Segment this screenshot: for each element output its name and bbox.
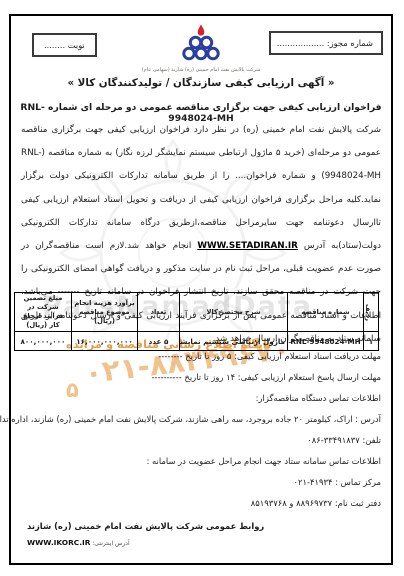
setad-contact-heading: اطلاعات تماس سامانه ستاد جهت انجام مراحل… [21,455,381,468]
deadline-send-response: مهلت ارسال پاسخ استعلام ارزیابی کیفی: ۱۴… [21,371,381,384]
header-tender-number: شماره مناقصه [288,293,364,332]
deadline-and-contact-section: مهلت دریافت اسناد استعلام ارزیابی کیفی: … [21,350,381,518]
contact-phone: تلفن: ۰۸۶-۳۳۴۹۱۸۳۷ [21,434,381,447]
document-border-frame: شماره مجوز: .................. نوبت ....… [9,14,393,565]
public-relations-signature: روابط عمومی شرکت پالایش نفت امام خمینی (… [27,521,264,531]
phone-label: تلفن: [362,435,381,445]
website-line: آدرس اینترنتی: WWW.IKORC.IR [27,538,130,547]
contact-address: آدرس : اراک، کیلومتر ۲۰ جاده بروجرد، سه … [21,413,381,426]
cell-quantity: ۵ عدد [138,332,180,351]
header-goods-description: شرح مختصر کالا [180,293,288,332]
header-cost-estimate: برآورد هزینه انجام موضوع مناقصه (ریال) [72,293,138,332]
cell-tender-number: RNL-9948024-MH [288,332,364,351]
table-header-row: ردیف شماره مناقصه شرح مختصر کالا تعداد ب… [15,293,379,332]
registration-value: ۸۸۹۶۹۷۳۷ و ۸۵۱۹۳۷۶۸ [251,498,332,508]
contact-heading: اطلاعات تماس دستگاه مناقصه‌گزار: [21,392,381,405]
nioc-logo-icon [178,24,224,62]
setadiran-url-link[interactable]: WWW.SETADIRAN.IR [197,241,298,251]
setad-call-center: مرکز تماس : ۰۲۱-۴۱۹۳۴ [21,476,381,489]
registration-label: دفتر ثبت نام: [335,498,381,508]
call-center-label: مرکز تماس : [335,477,381,487]
website-label: آدرس اینترنتی: [92,540,129,547]
tender-announcement-page: ParsNamadData پایگاه اطلاع رسانی مناقصه … [0,0,404,576]
call-center-value: ۰۲۱-۴۱۹۳۴ [294,476,333,489]
company-name-caption: شرکت پالایش نفت امام خمینی (ره) شازند (س… [11,67,391,73]
header-quantity: تعداد [138,293,180,332]
announcement-title: « آگهی ارزیابی کیفی سازندگان / تولیدکنند… [11,77,391,89]
tender-details-table: ردیف شماره مناقصه شرح مختصر کالا تعداد ب… [14,292,379,351]
cell-cost-estimate: ۱۶,۰۰۰,۰۰۰,۰۰۰ [72,332,138,351]
header-row-number: ردیف [364,293,379,332]
cell-guarantee-amount: ۸۰۰,۰۰۰,۰۰۰ [15,332,72,351]
deadline-receive-docs: مهلت دریافت اسناد استعلام ارزیابی کیفی: … [21,350,381,363]
phone-value: ۰۸۶-۳۳۴۹۱۸۳۷ [307,434,360,447]
setad-registration-office: دفتر ثبت نام: ۸۸۹۶۹۷۳۷ و ۸۵۱۹۳۷۶۸ [21,497,381,510]
header-guarantee-amount: مبلغ تضمین شرکت در فرآیند ارجاع کار (ریا… [15,293,72,332]
body-text-before-link: شرکت پالایش نفت امام خمینی (ره) در نظر د… [21,125,381,251]
ikorc-url[interactable]: WWW.IKORC.IR [27,538,90,547]
cell-goods-description: ماژول ارتباطی سیستم نمایشگر لرزه نگار [180,332,288,351]
cell-row-number: ۱ [364,332,379,351]
company-logo-block: شرکت پالایش نفت امام خمینی (ره) شازند (س… [11,24,391,73]
table-row: ۱ RNL-9948024-MH ماژول ارتباطی سیستم نما… [15,332,379,351]
